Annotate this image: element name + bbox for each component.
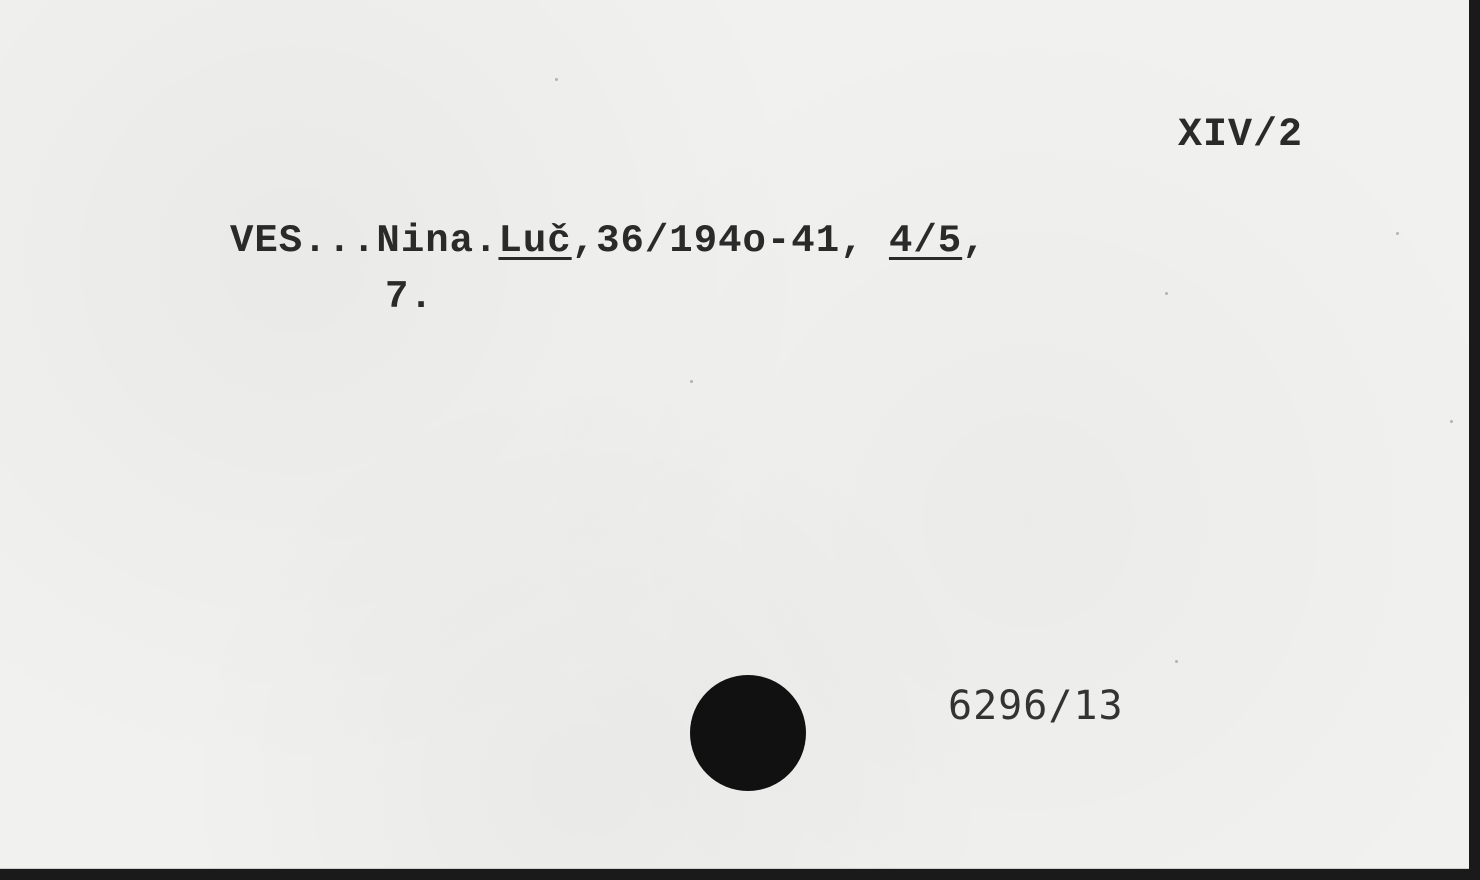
paper-speck: [1396, 232, 1399, 235]
separator: ,: [962, 219, 986, 263]
accession-number: 6296/13: [948, 686, 1124, 726]
paper-speck: [1165, 292, 1168, 295]
bibliographic-entry-line-1: VES...Nina.Luč,36/194o-41, 4/5,: [230, 222, 987, 261]
author-name: VES...Nina.: [230, 219, 498, 263]
journal-title: Luč: [498, 219, 571, 263]
catalog-card: XIV/2 VES...Nina.Luč,36/194o-41, 4/5, 7.…: [0, 0, 1469, 869]
paper-speck: [690, 380, 693, 383]
spacer: [865, 219, 889, 263]
paper-speck: [1450, 420, 1453, 423]
paper-speck: [555, 78, 558, 81]
bibliographic-entry-page: 7.: [385, 278, 434, 317]
volume-year: 36/194o-41,: [596, 219, 864, 263]
issue-number: 4/5: [889, 219, 962, 263]
paper-speck: [1175, 660, 1178, 663]
punch-hole-icon: [690, 675, 806, 791]
separator: ,: [572, 219, 596, 263]
call-number: XIV/2: [1178, 116, 1303, 156]
